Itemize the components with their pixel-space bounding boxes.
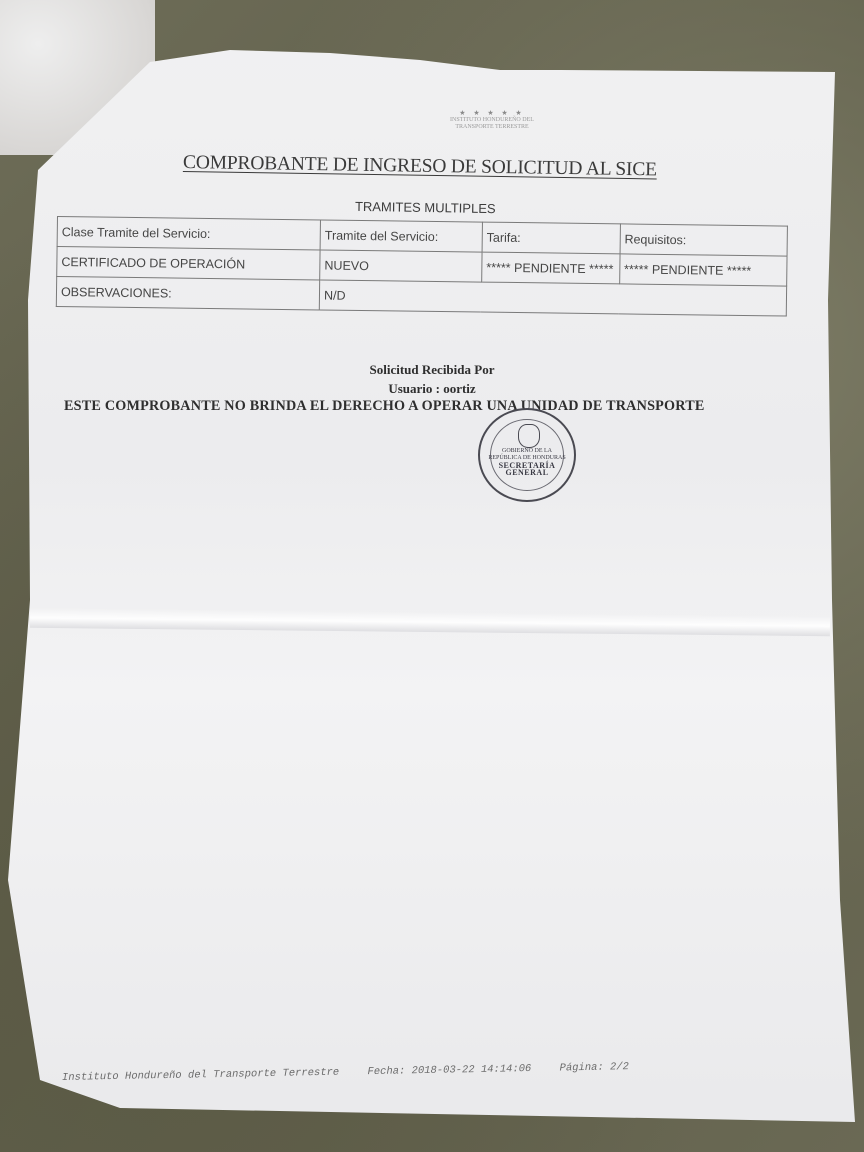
coat-of-arms-icon <box>518 424 540 448</box>
footer-date: Fecha: 2018-03-22 14:14:06 <box>367 1063 531 1078</box>
disclaimer-notice: ESTE COMPROBANTE NO BRINDA EL DERECHO A … <box>64 398 784 415</box>
footer-institution: Instituto Hondureño del Transporte Terre… <box>62 1067 339 1084</box>
stamp-line-1: GOBIERNO DE LA <box>480 448 574 455</box>
received-by: Solicitud Recibida Por Usuario : oortiz <box>0 360 864 398</box>
header-cell-tarifa: Tarifa: <box>482 222 620 254</box>
cell-requisitos: ***** PENDIENTE ***** <box>619 254 787 286</box>
document-title: COMPROBANTE DE INGRESO DE SOLICITUD AL S… <box>183 152 683 182</box>
stars-icon: ★ ★ ★ ★ ★ <box>412 110 572 117</box>
cell-tarifa: ***** PENDIENTE ***** <box>482 252 620 284</box>
received-by-user: Usuario : oortiz <box>0 379 864 398</box>
cell-clase: CERTIFICADO DE OPERACIÓN <box>57 247 320 280</box>
page-footer: Instituto Hondureño del Transporte Terre… <box>62 1059 762 1084</box>
header-cell-clase: Clase Tramite del Servicio: <box>57 217 320 250</box>
logo-line-1: INSTITUTO HONDUREÑO DEL <box>412 117 572 124</box>
request-table: Clase Tramite del Servicio: Tramite del … <box>56 216 788 317</box>
footer-page-number: Página: 2/2 <box>559 1061 629 1074</box>
official-stamp: GOBIERNO DE LA REPÚBLICA DE HONDURAS SEC… <box>478 408 576 502</box>
received-by-label: Solicitud Recibida Por <box>0 360 864 379</box>
stamp-line-4: GENERAL <box>480 469 574 476</box>
observaciones-label: OBSERVACIONES: <box>56 277 319 310</box>
document-subtitle: TRAMITES MULTIPLES <box>355 199 496 216</box>
logo-line-2: TRANSPORTE TERRESTRE <box>412 124 572 131</box>
institution-logo: ★ ★ ★ ★ ★ INSTITUTO HONDUREÑO DEL TRANSP… <box>412 110 572 131</box>
cell-tramite: NUEVO <box>320 250 482 282</box>
header-cell-tramite: Tramite del Servicio: <box>320 220 482 252</box>
observaciones-value: N/D <box>319 280 786 316</box>
document: ★ ★ ★ ★ ★ INSTITUTO HONDUREÑO DEL TRANSP… <box>0 0 864 1152</box>
header-cell-requisitos: Requisitos: <box>620 224 788 256</box>
stamp-text: GOBIERNO DE LA REPÚBLICA DE HONDURAS SEC… <box>480 448 574 476</box>
